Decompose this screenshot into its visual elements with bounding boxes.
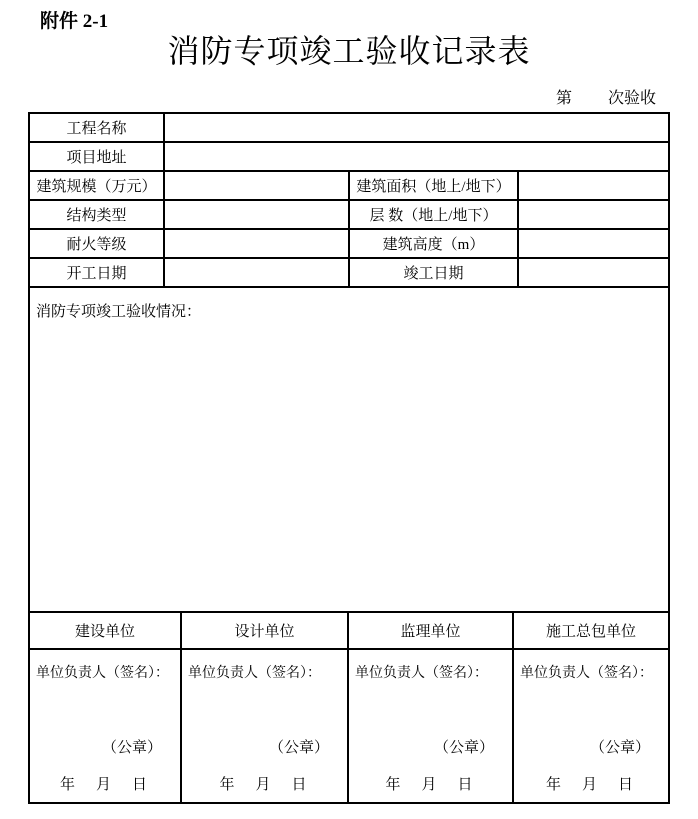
signature-block: 单位负责人（签名）： （公章） 年 月 日 (30, 650, 180, 802)
signature-cell-construction[interactable]: 单位负责人（签名）： （公章） 年 月 日 (29, 649, 181, 803)
unit-header-general-contractor: 施工总包单位 (513, 612, 669, 649)
field-value-project-name[interactable] (164, 113, 669, 142)
date-label: 年 月 日 (385, 773, 475, 794)
table-row: 开工日期 竣工日期 (29, 258, 669, 287)
signature-block: 单位负责人（签名）： （公章） 年 月 日 (514, 650, 668, 802)
field-value-project-address[interactable] (164, 142, 669, 171)
signature-blank-space[interactable] (355, 682, 506, 736)
acceptance-suffix: 次验收 (608, 90, 656, 107)
field-label-project-address: 项目地址 (29, 142, 164, 171)
table-row: 项目地址 (29, 142, 669, 171)
info-table: 工程名称 项目地址 建筑规模（万元） 建筑面积（地上/地下） 结构类型 层 数（… (28, 112, 670, 613)
field-value-completion-date[interactable] (518, 258, 669, 287)
table-row: 耐火等级 建筑高度（m） (29, 229, 669, 258)
signer-label: 单位负责人（签名）： (520, 662, 662, 682)
acceptance-count-line: 第次验收 (556, 85, 656, 108)
seal-label: （公章） (434, 736, 506, 757)
unit-header-supervision: 监理单位 (348, 612, 513, 649)
field-value-building-area[interactable] (518, 171, 669, 200)
signer-label: 单位负责人（签名）： (355, 662, 506, 682)
acceptance-number-blank[interactable] (572, 92, 608, 108)
field-label-project-name: 工程名称 (29, 113, 164, 142)
page-title: 消防专项竣工验收记录表 (0, 26, 698, 72)
signature-blank-space[interactable] (36, 682, 174, 736)
signature-table: 建设单位 设计单位 监理单位 施工总包单位 单位负责人（签名）： （公章） 年 … (28, 611, 670, 804)
signature-block: 单位负责人（签名）： （公章） 年 月 日 (182, 650, 347, 802)
table-row: 消防专项竣工验收情况： (29, 287, 669, 612)
date-label: 年 月 日 (219, 773, 309, 794)
date-label: 年 月 日 (60, 773, 150, 794)
field-value-building-height[interactable] (518, 229, 669, 258)
signature-block: 单位负责人（签名）： （公章） 年 月 日 (349, 650, 512, 802)
unit-header-design: 设计单位 (181, 612, 348, 649)
field-label-floor-count: 层 数（地上/地下） (349, 200, 518, 229)
form-tables: 工程名称 项目地址 建筑规模（万元） 建筑面积（地上/地下） 结构类型 层 数（… (28, 112, 668, 804)
table-row: 建设单位 设计单位 监理单位 施工总包单位 (29, 612, 669, 649)
seal-label: （公章） (590, 736, 662, 757)
unit-header-construction: 建设单位 (29, 612, 181, 649)
document-page: 附件 2-1 消防专项竣工验收记录表 第次验收 工程名称 项目地址 建筑规模（万… (0, 0, 698, 819)
field-value-fire-rating[interactable] (164, 229, 349, 258)
signer-label: 单位负责人（签名）： (36, 662, 174, 682)
date-label: 年 月 日 (546, 773, 636, 794)
field-label-building-scale: 建筑规模（万元） (29, 171, 164, 200)
field-label-fire-rating: 耐火等级 (29, 229, 164, 258)
signature-cell-general-contractor[interactable]: 单位负责人（签名）： （公章） 年 月 日 (513, 649, 669, 803)
table-row: 单位负责人（签名）： （公章） 年 月 日 单位负责人（签名）： （公章） 年 … (29, 649, 669, 803)
seal-label: （公章） (269, 736, 341, 757)
acceptance-status-area[interactable]: 消防专项竣工验收情况： (29, 287, 669, 612)
acceptance-prefix: 第 (556, 90, 572, 107)
table-row: 工程名称 (29, 113, 669, 142)
field-value-structure-type[interactable] (164, 200, 349, 229)
field-label-building-height: 建筑高度（m） (349, 229, 518, 258)
table-row: 结构类型 层 数（地上/地下） (29, 200, 669, 229)
field-label-completion-date: 竣工日期 (349, 258, 518, 287)
field-value-start-date[interactable] (164, 258, 349, 287)
signature-cell-design[interactable]: 单位负责人（签名）： （公章） 年 月 日 (181, 649, 348, 803)
field-label-start-date: 开工日期 (29, 258, 164, 287)
field-label-structure-type: 结构类型 (29, 200, 164, 229)
field-label-building-area: 建筑面积（地上/地下） (349, 171, 518, 200)
seal-label: （公章） (102, 736, 174, 757)
field-value-building-scale[interactable] (164, 171, 349, 200)
table-row: 建筑规模（万元） 建筑面积（地上/地下） (29, 171, 669, 200)
signature-blank-space[interactable] (520, 682, 662, 736)
signer-label: 单位负责人（签名）： (188, 662, 341, 682)
field-value-floor-count[interactable] (518, 200, 669, 229)
acceptance-status-label: 消防专项竣工验收情况： (36, 304, 201, 320)
signature-blank-space[interactable] (188, 682, 341, 736)
signature-cell-supervision[interactable]: 单位负责人（签名）： （公章） 年 月 日 (348, 649, 513, 803)
